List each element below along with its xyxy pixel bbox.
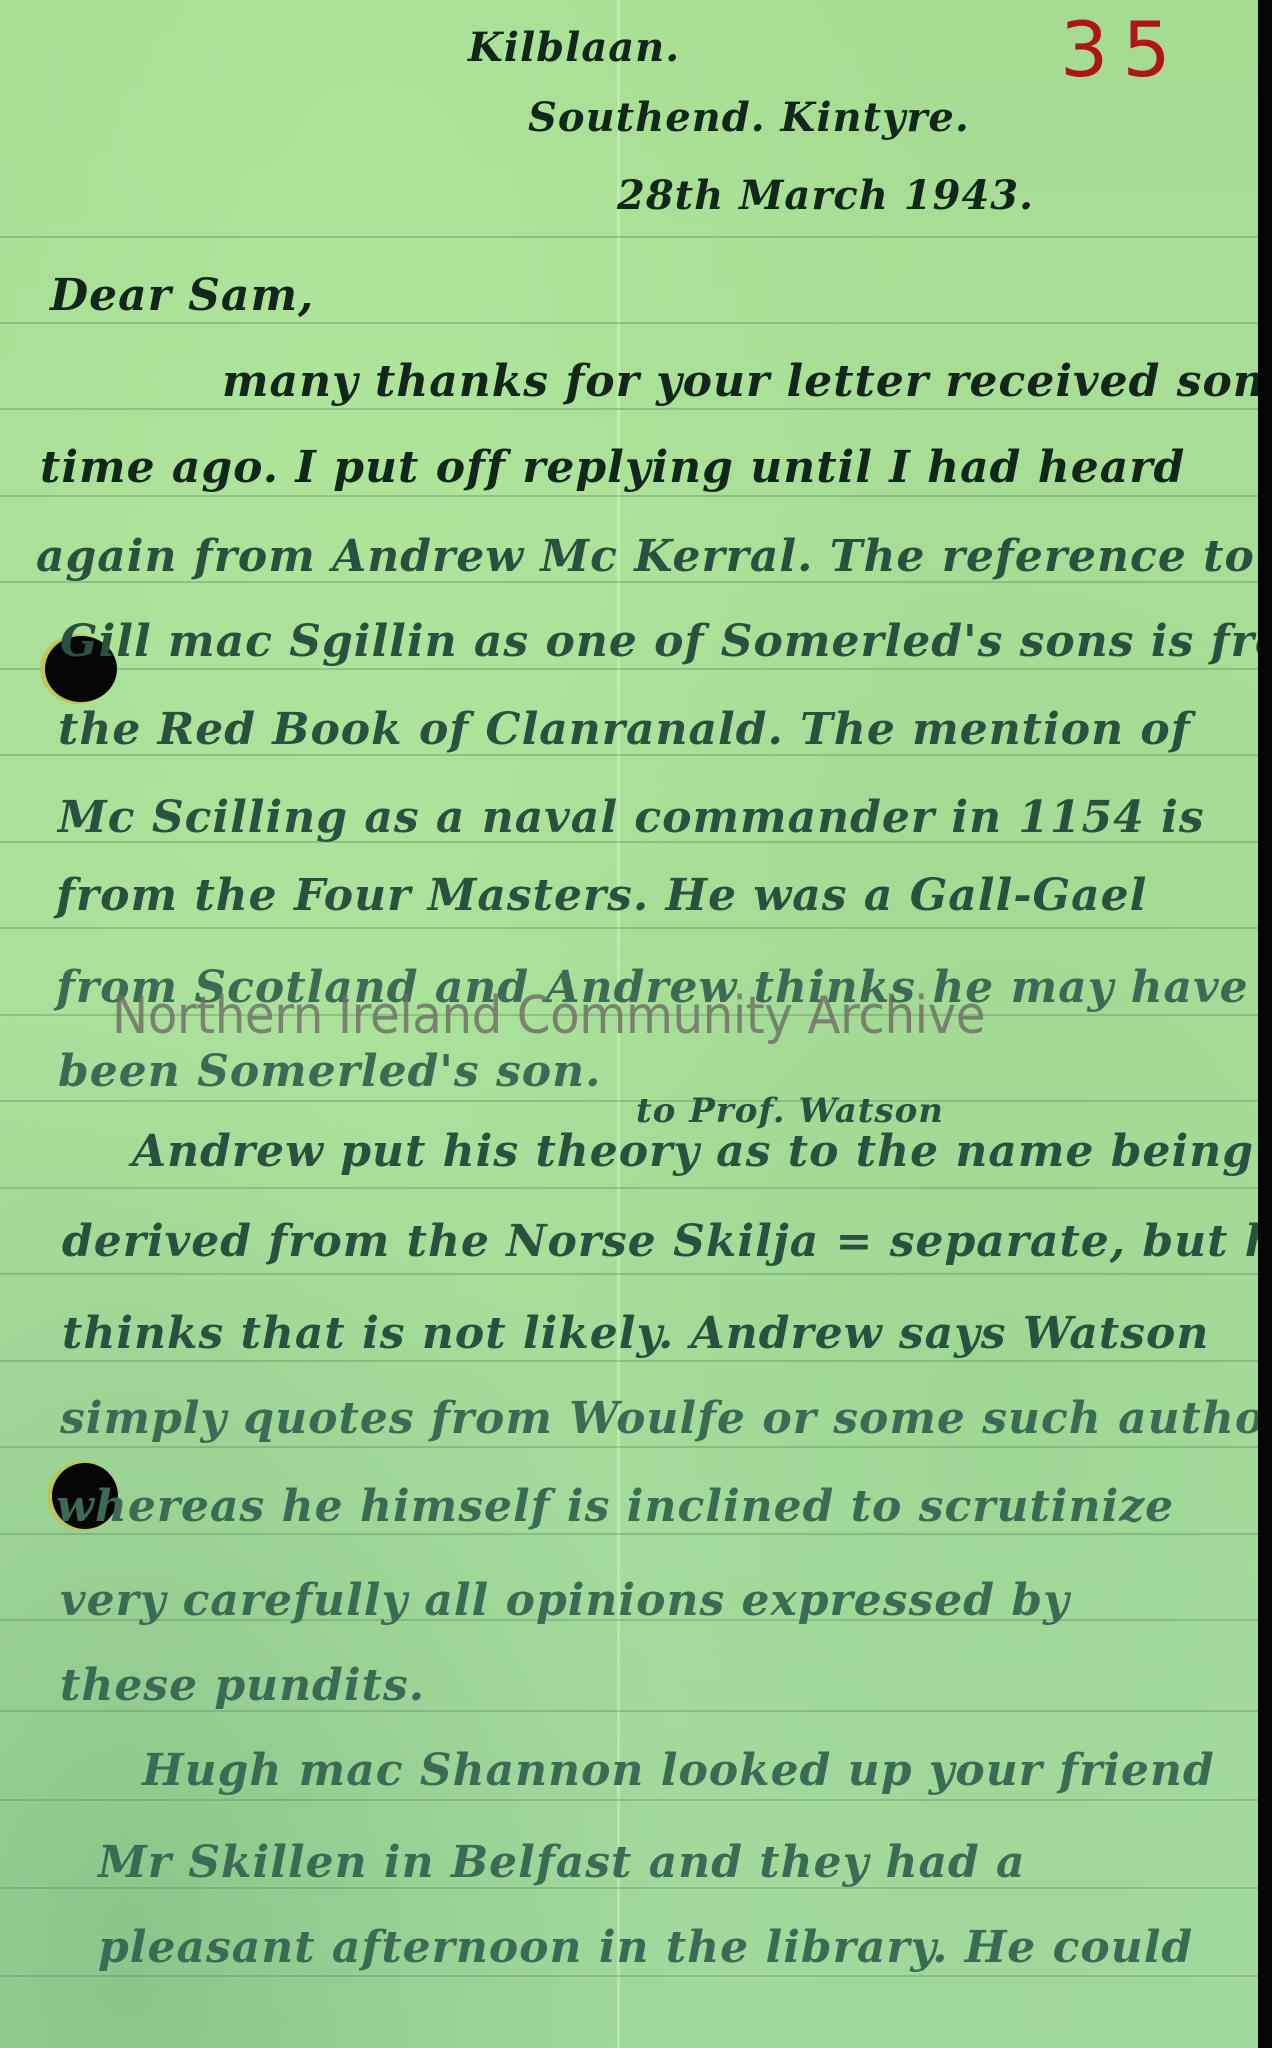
letter-line: from the Four Masters. He was a Gall-Gae… — [56, 874, 1147, 918]
ruled-line — [0, 495, 1258, 497]
ruled-line — [0, 236, 1258, 238]
ruled-line — [0, 927, 1258, 929]
letter-line: Mc Scilling as a naval commander in 1154… — [58, 796, 1205, 840]
letter-line: again from Andrew Mc Kerral. The referen… — [36, 535, 1258, 579]
ruled-line — [0, 1975, 1258, 1977]
letter-line: Mr Skillen in Belfast and they had a — [98, 1841, 1026, 1885]
ruled-line — [0, 668, 1258, 670]
address-line-2: Southend. Kintyre. — [528, 98, 970, 138]
letter-line: very carefully all opinions expressed by — [60, 1579, 1070, 1623]
ruled-line — [0, 1100, 1258, 1102]
ruled-line — [0, 1533, 1258, 1535]
ruled-line — [0, 1273, 1258, 1275]
salutation: Dear Sam, — [50, 274, 314, 318]
letter-line: Hugh mac Shannon looked up your friend — [142, 1749, 1215, 1793]
ruled-line — [0, 1446, 1258, 1448]
letter-line: time ago. I put off replying until I had… — [40, 446, 1185, 490]
archive-watermark: Northern Ireland Community Archive — [112, 990, 985, 1042]
letter-line: pleasant afternoon in the library. He co… — [98, 1926, 1193, 1970]
address-line-1: Kilblaan. — [468, 28, 680, 68]
ruled-line — [0, 322, 1258, 324]
letter-line: thinks that is not likely. Andrew says W… — [62, 1312, 1209, 1356]
insertion-note: to Prof. Watson — [636, 1094, 944, 1128]
ruled-line — [0, 1799, 1258, 1801]
letter-line: Gill mac Sgillin as one of Somerled's so… — [60, 620, 1258, 664]
ruled-line — [0, 408, 1258, 410]
letter-line: many thanks for your letter received som… — [222, 360, 1258, 404]
folio-number: 35 — [1060, 12, 1185, 88]
letter-line: derived from the Norse Skilja = separate… — [62, 1220, 1258, 1264]
letter-line: the Red Book of Clanranald. The mention … — [58, 708, 1191, 752]
letter-line: simply quotes from Woulfe or some such a… — [60, 1397, 1258, 1441]
letter-line: been Somerled's son. — [58, 1050, 601, 1094]
letter-date: 28th March 1943. — [617, 176, 1034, 216]
letter-line: Andrew put his theory as to the name bei… — [132, 1130, 1254, 1174]
letter-page: 35 Kilblaan. Southend. Kintyre. 28th Mar… — [0, 0, 1258, 2048]
scan-edge-border — [1258, 0, 1272, 2048]
ruled-line — [0, 1187, 1258, 1189]
ruled-line — [0, 1360, 1258, 1362]
letter-line: these pundits. — [60, 1664, 425, 1708]
letter-line: whereas he himself is inclined to scruti… — [56, 1485, 1174, 1529]
